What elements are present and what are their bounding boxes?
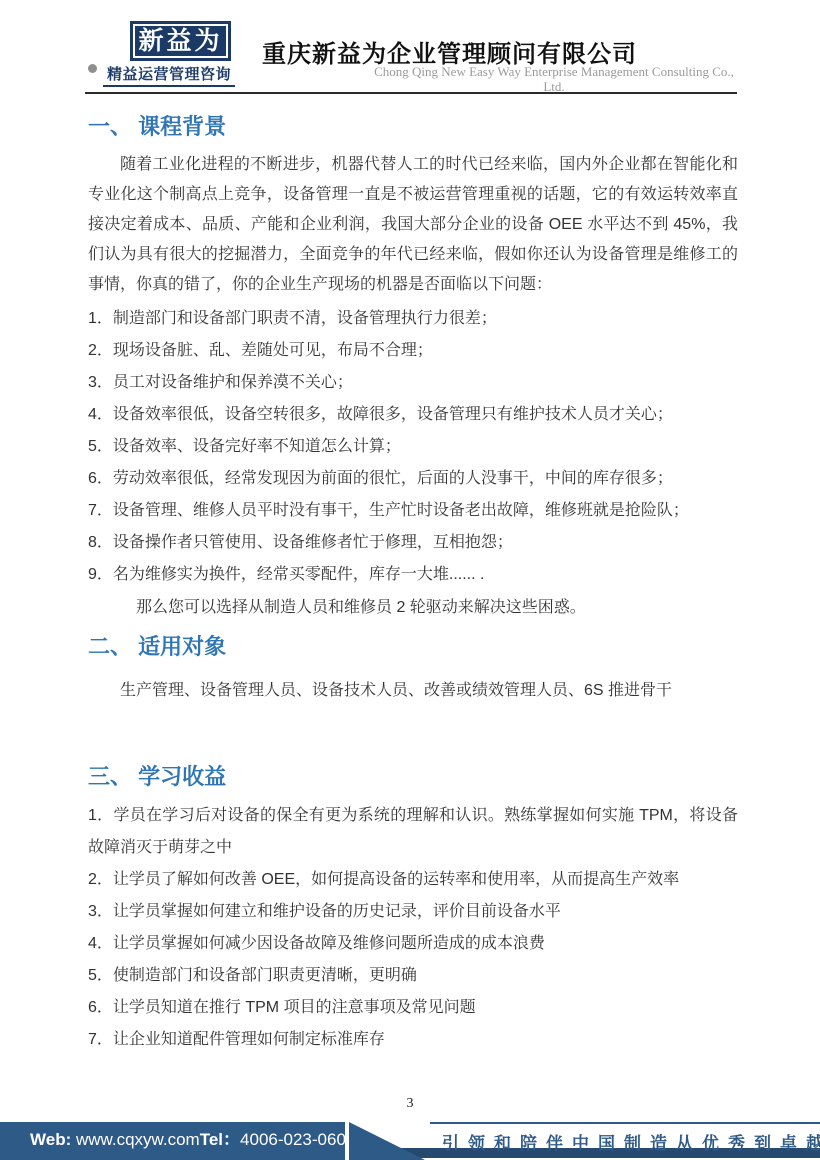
logo-tagline: 精益运营管理咨询 [103, 63, 235, 87]
list-item: 7．设备管理、维修人员平时没有事干，生产忙时设备老出故障，维修班就是抢险队； [88, 495, 738, 527]
list-item: 4．设备效率很低，设备空转很多，故障很多，设备管理只有维护技术人员才关心； [88, 399, 738, 431]
company-logo: 新益为 精益运营管理咨询 [103, 21, 235, 87]
list-item: 6．劳动效率很低，经常发现因为前面的很忙，后面的人没事干，中间的库存很多； [88, 463, 738, 495]
web-url: www.cqxyw.com [71, 1130, 199, 1149]
document-body: 一、 课程背景 随着工业化进程的不断进步，机器代替人工的时代已经来临，国内外企业… [88, 100, 738, 1056]
tel-number: 4006-023-060 [240, 1130, 346, 1149]
benefit-list: 1．学员在学习后对设备的保全有更为系统的理解和认识。熟练掌握如何实施 TPM，将… [88, 800, 738, 1056]
company-name-en: Chong Qing New Easy Way Enterprise Manag… [368, 64, 740, 94]
list-item: 5．使制造部门和设备部门职责更清晰，更明确 [88, 960, 738, 992]
list-item: 2．让学员了解如何改善 OEE，如何提高设备的运转率和使用率，从而提高生产效率 [88, 864, 738, 896]
document-page: 新益为 精益运营管理咨询 重庆新益为企业管理顾问有限公司 Chong Qing … [0, 0, 820, 1160]
footer-divider [345, 1122, 349, 1160]
list-item: 1．制造部门和设备部门职责不清，设备管理执行力很差； [88, 303, 738, 335]
bullet-dot-icon [88, 64, 97, 73]
target-audience-text: 生产管理、设备管理人员、设备技术人员、改善或绩效管理人员、6S 推进骨干 [88, 676, 738, 706]
tel-label: Tel： [200, 1130, 240, 1149]
page-footer: Web: www.cqxyw.comTel：4006-023-060 引领和陪伴… [0, 1122, 820, 1160]
footer-top-line [430, 1122, 820, 1124]
section-heading-learning-benefits: 三、 学习收益 [88, 762, 738, 792]
footer-slogan: 引领和陪伴中国制造从优秀到卓越 [442, 1129, 812, 1154]
list-item: 4．让学员掌握如何减少因设备故障及维修问题所造成的成本浪费 [88, 928, 738, 960]
course-background-outro: 那么您可以选择从制造人员和维修员 2 轮驱动来解决这些困惑。 [88, 591, 738, 624]
list-item: 3．让学员掌握如何建立和维护设备的历史记录，评价目前设备水平 [88, 896, 738, 928]
page-number: 3 [0, 1096, 820, 1112]
course-background-intro: 随着工业化进程的不断进步，机器代替人工的时代已经来临，国内外企业都在智能化和专业… [88, 150, 738, 300]
section-heading-target-audience: 二、 适用对象 [88, 632, 738, 662]
list-item: 8．设备操作者只管使用、设备维修者忙于修理，互相抱怨； [88, 527, 738, 559]
list-item: 9．名为维修实为换件，经常买零配件，库存一大堆...... . [88, 559, 738, 591]
list-item: 2．现场设备脏、乱、差随处可见，布局不合理； [88, 335, 738, 367]
footer-contact-bar: Web: www.cqxyw.comTel：4006-023-060 [0, 1122, 345, 1160]
list-item: 6．让学员知道在推行 TPM 项目的注意事项及常见问题 [88, 992, 738, 1024]
list-item: 3．员工对设备维护和保养漠不关心； [88, 367, 738, 399]
header-rule [85, 92, 737, 94]
section-heading-course-background: 一、 课程背景 [88, 112, 738, 142]
footer-wedge-shape [349, 1122, 425, 1160]
logo-name: 新益为 [138, 27, 222, 55]
list-item: 7．让企业知道配件管理如何制定标准库存 [88, 1024, 738, 1056]
web-label: Web: [30, 1130, 71, 1149]
list-item: 1．学员在学习后对设备的保全有更为系统的理解和认识。熟练掌握如何实施 TPM，将… [88, 800, 738, 864]
logo-mark: 新益为 [130, 21, 231, 61]
list-item: 5．设备效率、设备完好率不知道怎么计算； [88, 431, 738, 463]
problem-list: 1．制造部门和设备部门职责不清，设备管理执行力很差； 2．现场设备脏、乱、差随处… [88, 303, 738, 591]
